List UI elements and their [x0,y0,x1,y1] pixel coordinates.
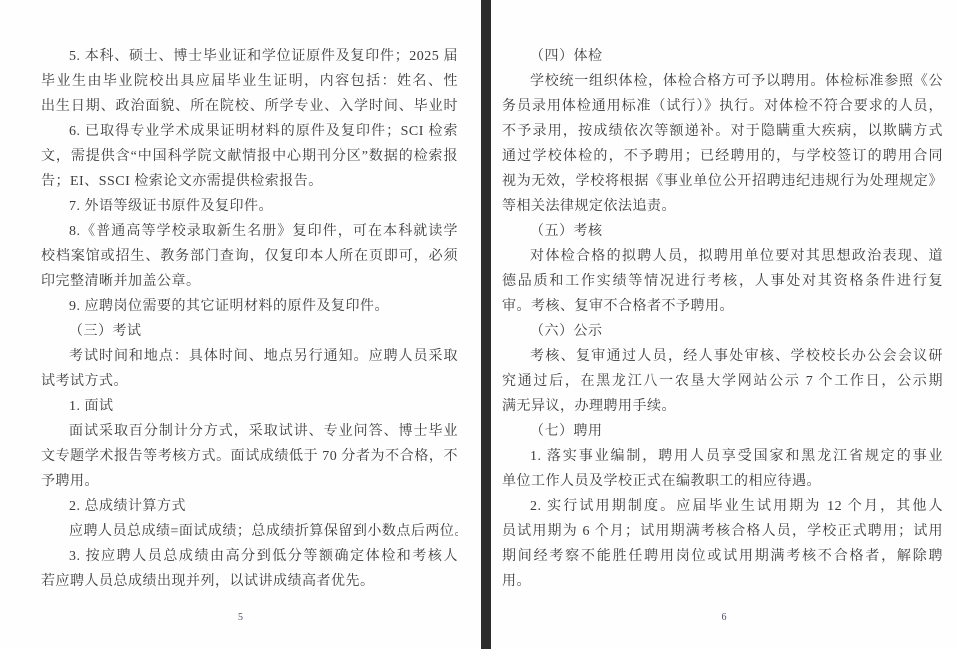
text-line: 1. 落实事业编制，聘用人员享受国家和黑龙江省规定的事业 [502,444,943,469]
text-line: 校档案馆或招生、教务部门查询，仅复印本人所在页即可，必须复 [41,244,458,269]
text-line: 审。考核、复审不合格者不予聘用。 [502,294,943,319]
text-line: 单位工作人员及学校正式在编教职工的相应待遇。 [502,469,943,494]
text-line: 务员录用体检通用标准（试行）》执行。对体检不符合要求的人员， [502,94,943,119]
page-right-page-number: 6 [491,611,957,625]
text-line: 等相关法律规定依法追责。 [502,194,943,219]
text-line: （四）体检 [502,44,943,69]
text-line: （三）考试 [41,319,458,344]
text-line: 不予录用，按成绩依次等额递补。对于隐瞒重大疾病，以欺瞒方式 [502,119,943,144]
text-line: 究通过后，在黑龙江八一农垦大学网站公示 7 个工作日，公示期 [502,369,943,394]
document-page-left: 5. 本科、硕士、博士毕业证和学位证原件及复印件；2025 届毕业生由毕业院校出… [0,0,481,649]
text-line: 予聘用。 [41,469,458,494]
page-left-text-block: 5. 本科、硕士、博士毕业证和学位证原件及复印件；2025 届毕业生由毕业院校出… [0,0,481,594]
text-line: 学校统一组织体检，体检合格方可予以聘用。体检标准参照《公 [502,69,943,94]
page-right-text-block: （四）体检学校统一组织体检，体检合格方可予以聘用。体检标准参照《公务员录用体检通… [491,0,957,594]
text-line: 视为无效，学校将根据《事业单位公开招聘违纪违规行为处理规定》 [502,169,943,194]
text-line: 期间经考察不能胜任聘用岗位或试用期满考核不合格者，解除聘 [502,544,943,569]
text-line: 毕业生由毕业院校出具应届毕业生证明，内容包括：姓名、性别、 [41,69,458,94]
text-line: 告；EI、SSCI 检索论文亦需提供检索报告。 [41,169,458,194]
text-line: （七）聘用 [502,419,943,444]
text-line: 6. 已取得专业学术成果证明材料的原件及复印件；SCI 检索论 [41,119,458,144]
text-line: 2. 实行试用期制度。应届毕业生试用期为 12 个月，其他人 [502,494,943,519]
text-line: （六）公示 [502,319,943,344]
text-line: 通过学校体检的，不予聘用；已经聘用的，与学校签订的聘用合同 [502,144,943,169]
document-page-right: （四）体检学校统一组织体检，体检合格方可予以聘用。体检标准参照《公务员录用体检通… [491,0,957,649]
text-line: 3. 按应聘人员总成绩由高分到低分等额确定体检和考核人选， [41,544,458,569]
text-line: 1. 面试 [41,394,458,419]
text-line: 7. 外语等级证书原件及复印件。 [41,194,458,219]
text-line: 9. 应聘岗位需要的其它证明材料的原件及复印件。 [41,294,458,319]
text-line: 用。 [502,569,943,594]
text-line: 若应聘人员总成绩出现并列，以试讲成绩高者优先。 [41,569,458,594]
text-line: 对体检合格的拟聘人员，拟聘用单位要对其思想政治表现、道 [502,244,943,269]
text-line: （五）考核 [502,219,943,244]
text-line: 试考试方式。 [41,369,458,394]
text-line: 8.《普通高等学校录取新生名册》复印件，可在本科就读学 [41,219,458,244]
document-viewer: 5. 本科、硕士、博士毕业证和学位证原件及复印件；2025 届毕业生由毕业院校出… [0,0,957,649]
page-gutter-divider [481,0,491,649]
text-line: 5. 本科、硕士、博士毕业证和学位证原件及复印件；2025 届 [41,44,458,69]
text-line: 考核、复审通过人员，经人事处审核、学校校长办公会会议研 [502,344,943,369]
text-line: 德品质和工作实绩等情况进行考核，人事处对其资格条件进行复 [502,269,943,294]
text-line: 文，需提供含“中国科学院文献情报中心期刊分区”数据的检索报 [41,144,458,169]
text-line: 员试用期为 6 个月；试用期满考核合格人员，学校正式聘用；试用 [502,519,943,544]
text-line: 印完整清晰并加盖公章。 [41,269,458,294]
text-line: 出生日期、政治面貌、所在院校、所学专业、入学时间、毕业时间。 [41,94,458,119]
text-line: 2. 总成绩计算方式 [41,494,458,519]
text-line: 考试时间和地点：具体时间、地点另行通知。应聘人员采取面 [41,344,458,369]
text-line: 文专题学术报告等考核方式。面试成绩低于 70 分者为不合格，不 [41,444,458,469]
page-left-page-number: 5 [0,611,481,625]
text-line: 应聘人员总成绩=面试成绩；总成绩折算保留到小数点后两位。 [41,519,458,544]
text-line: 面试采取百分制计分方式，采取试讲、专业问答、博士毕业论 [41,419,458,444]
text-line: 满无异议，办理聘用手续。 [502,394,943,419]
